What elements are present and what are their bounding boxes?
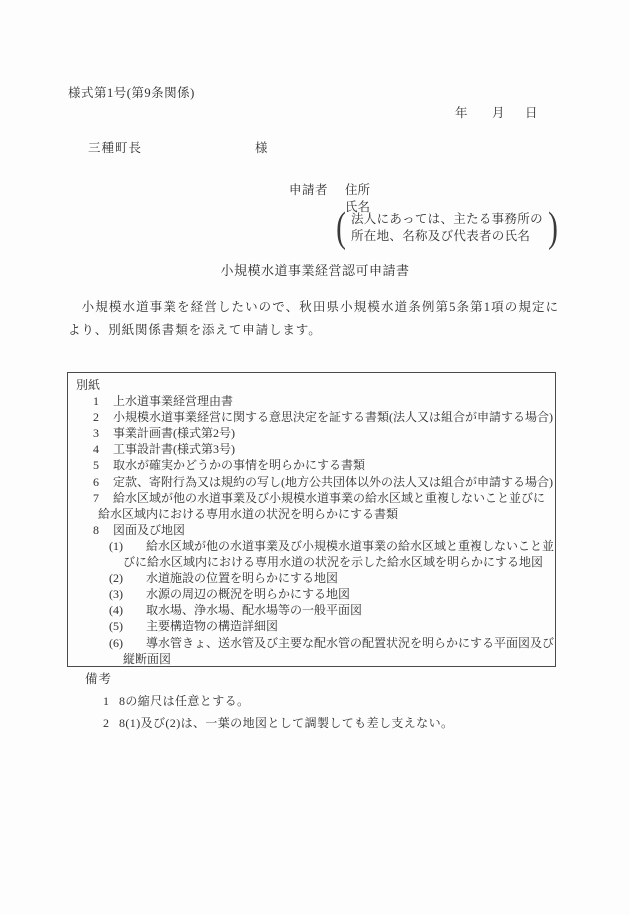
attachment-subitem-3: (3)水源の周辺の概況を明らかにする地図 <box>68 586 555 602</box>
date-month-label: 月 <box>492 103 505 121</box>
attachment-item-2: 2小規模水道事業経営に関する意思決定を証する書類(法人又は組合が申請する場合) <box>68 409 555 425</box>
remarks-list: 18の縮尺は任意とする。 28(1)及び(2)は、一葉の地図として調製しても差し… <box>103 690 553 734</box>
addressee-name: 三種町長 <box>88 138 142 156</box>
remark-item-2: 28(1)及び(2)は、一葉の地図として調製しても差し支えない。 <box>103 712 553 734</box>
paren-close-icon: ) <box>548 207 558 249</box>
corporate-note: ( 法人にあっては、主たる事務所の 所在地、名称及び代表者の氏名 ) <box>334 207 560 249</box>
applicant-label: 申請者 <box>289 180 328 198</box>
subitem-number: (3) <box>109 586 146 602</box>
corporate-note-line2: 所在地、名称及び代表者の氏名 <box>351 229 530 243</box>
item-number: 7 <box>93 490 113 506</box>
item-number: 6 <box>93 474 113 490</box>
corporate-note-line1: 法人にあっては、主たる事務所の <box>351 212 543 226</box>
form-number: 様式第1号(第9条関係) <box>68 83 195 101</box>
item-number: 5 <box>93 457 113 473</box>
attachment-subitem-4: (4)取水場、浄水場、配水場等の一般平面図 <box>68 602 555 618</box>
application-form-page: 様式第1号(第9条関係) 年 月 日 三種町長 様 申請者 住所 氏名 ( 法人… <box>0 0 630 915</box>
subitem-number: (1) <box>109 538 146 554</box>
subitem-text: 水道施設の位置を明らかにする地図 <box>146 571 338 585</box>
item-number: 2 <box>93 409 113 425</box>
item-text: 事業計画書(様式第2号) <box>113 426 235 440</box>
attachment-item-5: 5取水が確実かどうかの事情を明らかにする書類 <box>68 457 555 473</box>
item-text: 図面及び地図 <box>113 523 185 537</box>
subitem-number: (6) <box>109 635 146 651</box>
attachments-box: 別紙 1上水道事業経営理由書 2小規模水道事業経営に関する意思決定を証する書類(… <box>67 372 556 667</box>
remark-text: 8(1)及び(2)は、一葉の地図として調製しても差し支えない。 <box>119 716 453 730</box>
addressee-honorific: 様 <box>255 138 268 156</box>
remark-number: 2 <box>103 712 119 734</box>
date-line: 年 月 日 <box>455 103 585 119</box>
attachment-subitem-6: (6)導水管きょ、送水管及び主要な配水管の配置状況を明らかにする平面図及び縦断面… <box>68 635 555 667</box>
subitem-number: (5) <box>109 618 146 634</box>
subitem-number: (4) <box>109 602 146 618</box>
item-number: 8 <box>93 522 113 538</box>
attachment-item-7: 7給水区域が他の水道事業及び小規模水道事業の給水区域と重複しないこと並びに給水区… <box>68 490 555 522</box>
item-text: 工事設計書(様式第3号) <box>113 442 235 456</box>
remark-number: 1 <box>103 690 119 712</box>
paren-open-icon: ( <box>336 207 346 249</box>
attachment-item-4: 4工事設計書(様式第3号) <box>68 441 555 457</box>
remark-text: 8の縮尺は任意とする。 <box>119 694 249 708</box>
subitem-text: 主要構造物の構造詳細図 <box>146 619 278 633</box>
body-paragraph: 小規模水道事業を経営したいので、秋田県小規模水道条例第5条第1項の規定により、別… <box>68 296 559 342</box>
subitem-text: 導水管きょ、送水管及び主要な配水管の配置状況を明らかにする平面図及び縦断面図 <box>123 636 554 666</box>
corporate-note-text: 法人にあっては、主たる事務所の 所在地、名称及び代表者の氏名 <box>348 211 546 246</box>
item-number: 1 <box>93 393 113 409</box>
item-text: 給水区域が他の水道事業及び小規模水道事業の給水区域と重複しないこと並びに給水区域… <box>98 491 545 521</box>
date-year-label: 年 <box>455 103 468 121</box>
subitem-text: 給水区域が他の水道事業及び小規模水道事業の給水区域と重複しないこと並びに給水区域… <box>123 539 554 569</box>
item-text: 小規模水道事業経営に関する意思決定を証する書類(法人又は組合が申請する場合) <box>113 410 553 424</box>
item-number: 3 <box>93 425 113 441</box>
date-day-label: 日 <box>525 103 538 121</box>
applicant-address-label: 住所 <box>345 180 370 198</box>
item-text: 取水が確実かどうかの事情を明らかにする書類 <box>113 458 365 472</box>
attachments-heading: 別紙 <box>68 377 555 393</box>
item-number: 4 <box>93 441 113 457</box>
attachment-item-8: 8図面及び地図 <box>68 522 555 538</box>
subitem-number: (2) <box>109 570 146 586</box>
document-title: 小規模水道事業経営認可申請書 <box>0 260 630 279</box>
subitem-text: 水源の周辺の概況を明らかにする地図 <box>146 587 350 601</box>
attachment-subitem-2: (2)水道施設の位置を明らかにする地図 <box>68 570 555 586</box>
remarks-heading: 備考 <box>85 669 112 687</box>
attachment-item-1: 1上水道事業経営理由書 <box>68 393 555 409</box>
attachment-item-6: 6定款、寄附行為又は規約の写し(地方公共団体以外の法人又は組合が申請する場合) <box>68 474 555 490</box>
item-text: 定款、寄附行為又は規約の写し(地方公共団体以外の法人又は組合が申請する場合) <box>113 475 553 489</box>
remark-item-1: 18の縮尺は任意とする。 <box>103 690 553 712</box>
attachment-item-3: 3事業計画書(様式第2号) <box>68 425 555 441</box>
item-text: 上水道事業経営理由書 <box>113 394 233 408</box>
subitem-text: 取水場、浄水場、配水場等の一般平面図 <box>146 603 362 617</box>
attachment-subitem-5: (5)主要構造物の構造詳細図 <box>68 618 555 634</box>
attachment-subitem-1: (1)給水区域が他の水道事業及び小規模水道事業の給水区域と重複しないこと並びに給… <box>68 538 555 570</box>
